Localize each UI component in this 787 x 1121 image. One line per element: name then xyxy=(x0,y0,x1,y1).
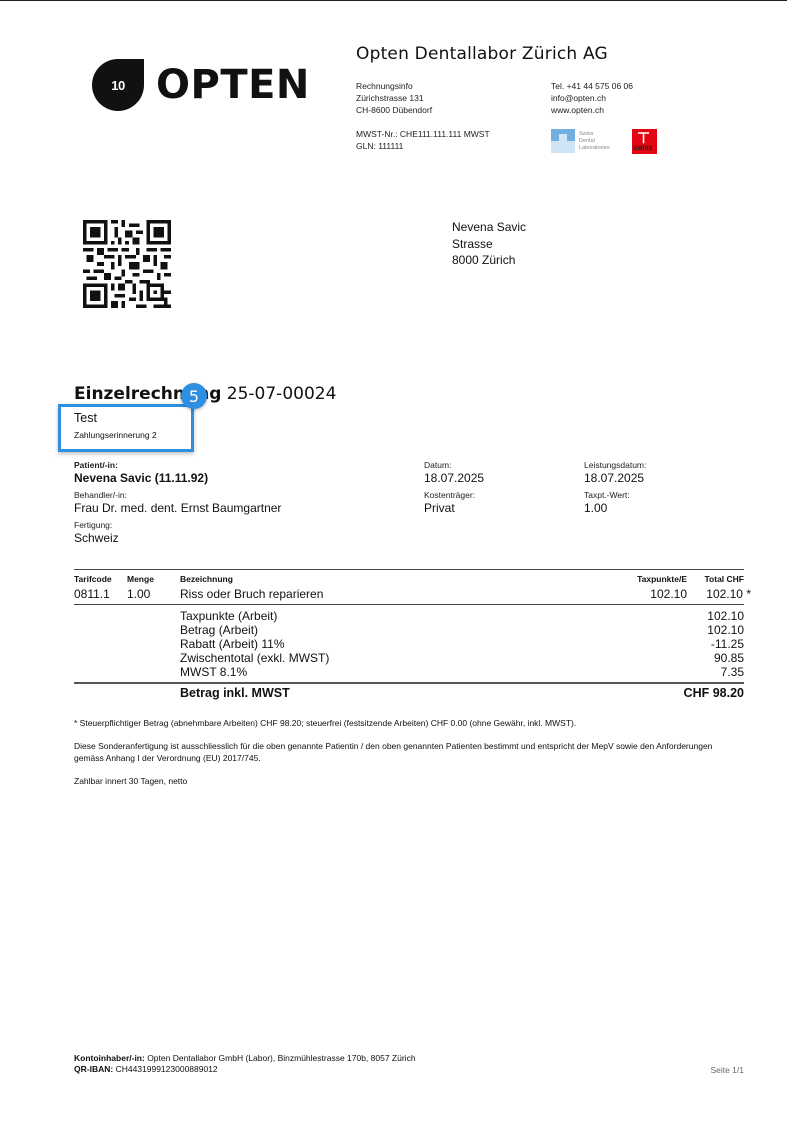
annotation-badge: 5 xyxy=(181,383,207,409)
service-date-field: Leistungsdatum: 18.07.2025 xyxy=(584,460,646,486)
payer-label: Kostenträger: xyxy=(424,490,475,501)
page-number: Seite 1/1 xyxy=(710,1065,744,1075)
doctor-label: Behandler/-in: xyxy=(74,490,281,501)
payment-terms: Zahlbar innert 30 Tagen, netto xyxy=(74,775,744,787)
invoice-number: 25-07-00024 xyxy=(227,384,337,404)
date-value: 18.07.2025 xyxy=(424,471,484,486)
gln-number: GLN: 111111 xyxy=(356,140,490,152)
summary-label: MWST 8.1% xyxy=(180,665,329,679)
service-date-value: 18.07.2025 xyxy=(584,471,646,486)
conformity-note: Diese Sonderanfertigung ist ausschliessl… xyxy=(74,740,744,764)
recipient-address: Nevena Savic Strasse 8000 Zürich xyxy=(452,219,526,269)
total-rule xyxy=(74,682,744,684)
iban-label: QR-IBAN: xyxy=(74,1064,113,1074)
crossbow-icon: ⊤ xyxy=(637,131,650,146)
phone: Tel. +41 44 575 06 06 xyxy=(551,80,633,92)
recipient-city: 8000 Zürich xyxy=(452,252,526,269)
summary-value: -11.25 xyxy=(707,637,744,651)
row-taxpunkte: 102.10 xyxy=(650,587,687,601)
footer-bank-info: Kontoinhaber/-in: Opten Dentallabor GmbH… xyxy=(74,1053,416,1075)
company-name: Opten Dentallabor Zürich AG xyxy=(356,44,608,64)
table-row-rule xyxy=(74,604,744,605)
account-holder-value: Opten Dentallabor GmbH (Labor), Binzmühl… xyxy=(145,1053,416,1063)
company-address: Rechnungsinfo Zürichstrasse 131 CH-8600 … xyxy=(356,80,432,116)
patient-label: Patient/-in: xyxy=(74,460,208,471)
payer-value: Privat xyxy=(424,501,475,516)
production-label: Fertigung: xyxy=(74,520,119,531)
address-line: Zürichstrasse 131 xyxy=(356,92,432,104)
top-border xyxy=(0,0,787,1)
production-value: Schweiz xyxy=(74,531,119,546)
vat-number: MWST-Nr.: CHE111.111.111 MWST xyxy=(356,128,490,140)
swiss-dental-laboratories-logo: Swiss Dental Laboratories xyxy=(551,129,621,154)
sdl-text-line: Laboratories xyxy=(579,145,610,152)
point-value-field: Taxpt.-Wert: 1.00 xyxy=(584,490,630,516)
date-field: Datum: 18.07.2025 xyxy=(424,460,484,486)
website: www.opten.ch xyxy=(551,104,633,116)
summary-value: 7.35 xyxy=(707,665,744,679)
summary-label: Rabatt (Arbeit) 11% xyxy=(180,637,329,651)
email: info@opten.ch xyxy=(551,92,633,104)
summary-label: Taxpunkte (Arbeit) xyxy=(180,609,329,623)
header-taxpunkte: Taxpunkte/E xyxy=(637,574,687,584)
recipient-name: Nevena Savic xyxy=(452,219,526,236)
summary-value: 102.10 xyxy=(707,609,744,623)
logo-number: 10 xyxy=(111,78,124,93)
sdl-logo-icon xyxy=(551,129,575,153)
service-date-label: Leistungsdatum: xyxy=(584,460,646,471)
address-line: Rechnungsinfo xyxy=(356,80,432,92)
sdl-logo-text: Swiss Dental Laboratories xyxy=(579,131,610,152)
patient-value: Nevena Savic (11.11.92) xyxy=(74,471,208,486)
vat-info: MWST-Nr.: CHE111.111.111 MWST GLN: 11111… xyxy=(356,128,490,152)
table-top-rule xyxy=(74,569,744,570)
summary-label: Zwischentotal (exkl. MWST) xyxy=(180,651,329,665)
swiss-label-logo: ⊤ SWISS xyxy=(632,129,657,154)
point-value-value: 1.00 xyxy=(584,501,630,516)
date-label: Datum: xyxy=(424,460,484,471)
company-contact: Tel. +41 44 575 06 06 info@opten.ch www.… xyxy=(551,80,633,116)
summary-values: 102.10 102.10 -11.25 90.85 7.35 xyxy=(707,609,744,679)
row-bezeichnung: Riss oder Bruch reparieren xyxy=(180,587,323,601)
qr-code-icon xyxy=(83,220,171,308)
recipient-street: Strasse xyxy=(452,236,526,253)
header-total: Total CHF xyxy=(704,574,744,584)
opten-logo-icon: 10 xyxy=(92,59,144,111)
sdl-text-line: Swiss xyxy=(579,131,610,138)
header-menge: Menge xyxy=(127,574,154,584)
summary-value: 90.85 xyxy=(707,651,744,665)
iban-value: CH4431999123000889012 xyxy=(113,1064,217,1074)
point-value-label: Taxpt.-Wert: xyxy=(584,490,630,501)
doctor-value: Frau Dr. med. dent. Ernst Baumgartner xyxy=(74,501,281,516)
row-tarifcode: 0811.1 xyxy=(74,587,110,601)
invoice-subtitle: Test xyxy=(74,411,97,425)
summary-label: Betrag (Arbeit) xyxy=(180,623,329,637)
row-menge: 1.00 xyxy=(127,587,150,601)
production-field: Fertigung: Schweiz xyxy=(74,520,119,546)
summary-value: 102.10 xyxy=(707,623,744,637)
patient-field: Patient/-in: Nevena Savic (11.11.92) xyxy=(74,460,208,486)
logo-wordmark: OPTEN xyxy=(156,61,310,109)
sdl-text-line: Dental xyxy=(579,138,610,145)
payer-field: Kostenträger: Privat xyxy=(424,490,475,516)
summary-labels: Taxpunkte (Arbeit) Betrag (Arbeit) Rabat… xyxy=(180,609,329,679)
invoice-notes: * Steuerpflichtiger Betrag (abnehmbare A… xyxy=(74,717,744,798)
row-total: 102.10 * xyxy=(706,587,751,601)
doctor-field: Behandler/-in: Frau Dr. med. dent. Ernst… xyxy=(74,490,281,516)
tax-note: * Steuerpflichtiger Betrag (abnehmbare A… xyxy=(74,717,744,729)
total-value: CHF 98.20 xyxy=(684,686,744,700)
header-tarifcode: Tarifcode xyxy=(74,574,112,584)
header-bezeichnung: Bezeichnung xyxy=(180,574,233,584)
swiss-text: SWISS xyxy=(633,146,652,153)
address-line: CH-8600 Dübendorf xyxy=(356,104,432,116)
total-label: Betrag inkl. MWST xyxy=(180,686,290,700)
reminder-label: Zahlungserinnerung 2 xyxy=(74,430,157,440)
account-holder-label: Kontoinhaber/-in: xyxy=(74,1053,145,1063)
